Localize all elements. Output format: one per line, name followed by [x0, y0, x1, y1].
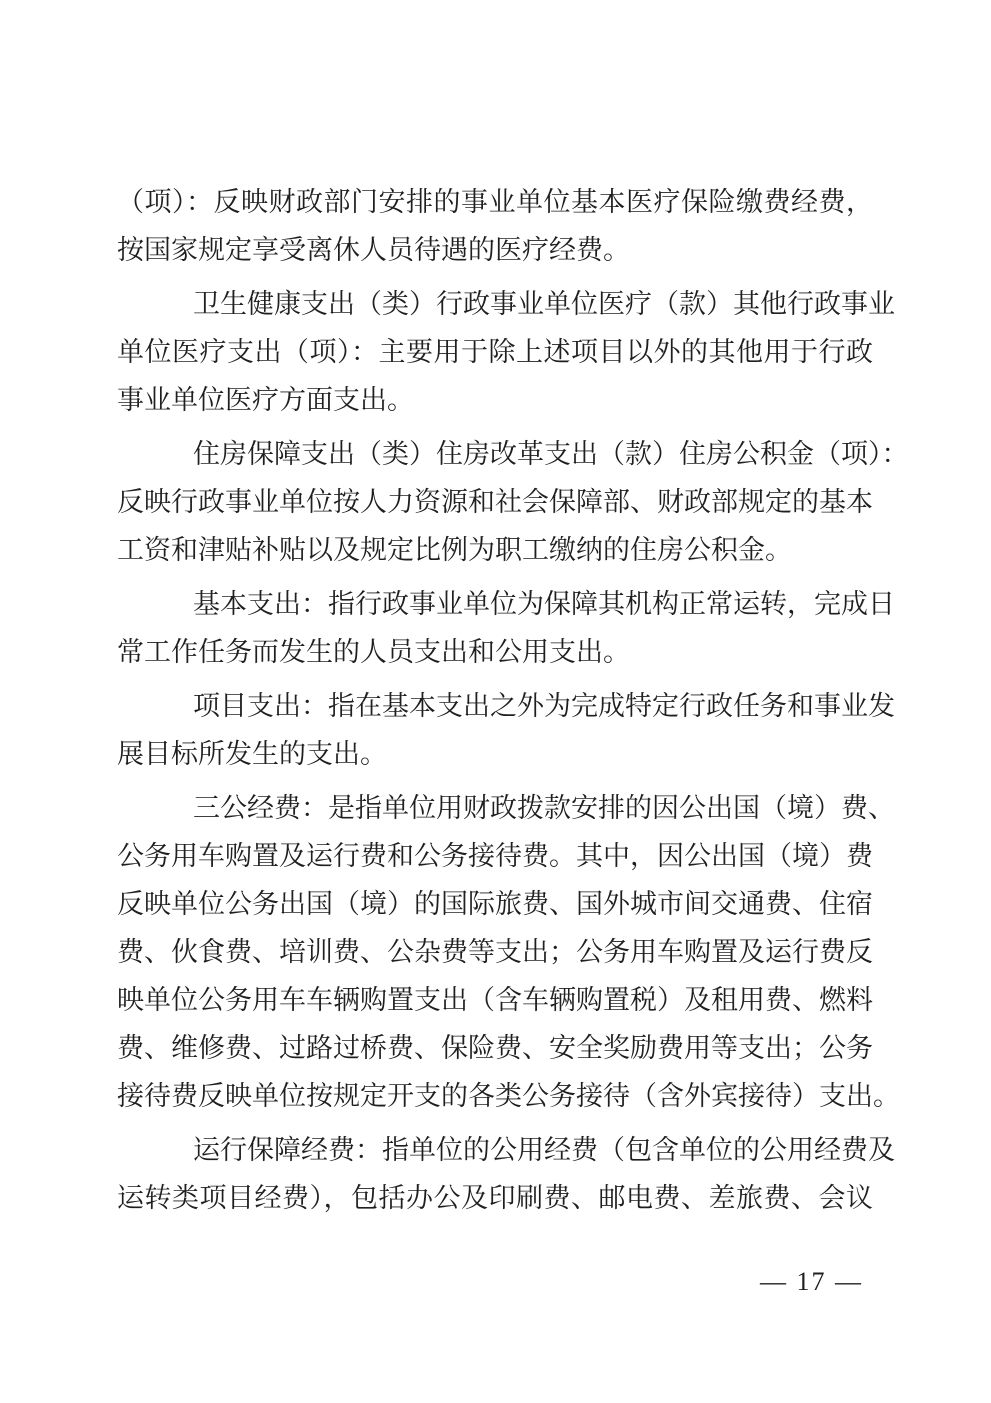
text-line: 事业单位医疗方面支出。: [117, 376, 873, 424]
text-line: 映单位公务用车车辆购置支出（含车辆购置税）及租用费、燃料: [117, 976, 873, 1024]
text-line: 接待费反映单位按规定开支的各类公务接待（含外宾接待）支出。: [117, 1072, 873, 1120]
text-line: 运行保障经费：指单位的公用经费（包含单位的公用经费及: [117, 1126, 873, 1174]
text-line: 公务用车购置及运行费和公务接待费。其中，因公出国（境）费: [117, 832, 873, 880]
text-line: 费、伙食费、培训费、公杂费等支出；公务用车购置及运行费反: [117, 928, 873, 976]
paragraph: 基本支出：指行政事业单位为保障其机构正常运转，完成日 常工作任务而发生的人员支出…: [117, 580, 873, 676]
paragraph: 卫生健康支出（类）行政事业单位医疗（款）其他行政事业 单位医疗支出（项）：主要用…: [117, 280, 873, 424]
text-line: 卫生健康支出（类）行政事业单位医疗（款）其他行政事业: [117, 280, 873, 328]
text-line: 基本支出：指行政事业单位为保障其机构正常运转，完成日: [117, 580, 873, 628]
paragraph: （项）：反映财政部门安排的事业单位基本医疗保险缴费经费， 按国家规定享受离休人员…: [117, 178, 873, 274]
text-block: （项）：反映财政部门安排的事业单位基本医疗保险缴费经费， 按国家规定享受离休人员…: [117, 178, 873, 1222]
document-page: （项）：反映财政部门安排的事业单位基本医疗保险缴费经费， 按国家规定享受离休人员…: [0, 0, 991, 1403]
text-line: 三公经费：是指单位用财政拨款安排的因公出国（境）费、: [117, 784, 873, 832]
text-line: （项）：反映财政部门安排的事业单位基本医疗保险缴费经费，: [117, 178, 873, 226]
text-line: 单位医疗支出（项）：主要用于除上述项目以外的其他用于行政: [117, 328, 873, 376]
text-line: 展目标所发生的支出。: [117, 730, 873, 778]
paragraph: 项目支出：指在基本支出之外为完成特定行政任务和事业发 展目标所发生的支出。: [117, 682, 873, 778]
text-line: 按国家规定享受离休人员待遇的医疗经费。: [117, 226, 873, 274]
paragraph: 住房保障支出（类）住房改革支出（款）住房公积金（项）： 反映行政事业单位按人力资…: [117, 430, 873, 574]
text-line: 运转类项目经费），包括办公及印刷费、邮电费、差旅费、会议: [117, 1174, 873, 1222]
page-number: — 17 —: [760, 1262, 863, 1302]
text-line: 项目支出：指在基本支出之外为完成特定行政任务和事业发: [117, 682, 873, 730]
text-line: 工资和津贴补贴以及规定比例为职工缴纳的住房公积金。: [117, 526, 873, 574]
paragraph: 运行保障经费：指单位的公用经费（包含单位的公用经费及 运转类项目经费），包括办公…: [117, 1126, 873, 1222]
text-line: 住房保障支出（类）住房改革支出（款）住房公积金（项）：: [117, 430, 873, 478]
text-line: 反映单位公务出国（境）的国际旅费、国外城市间交通费、住宿: [117, 880, 873, 928]
text-line: 费、维修费、过路过桥费、保险费、安全奖励费用等支出；公务: [117, 1024, 873, 1072]
text-line: 常工作任务而发生的人员支出和公用支出。: [117, 628, 873, 676]
paragraph: 三公经费：是指单位用财政拨款安排的因公出国（境）费、 公务用车购置及运行费和公务…: [117, 784, 873, 1120]
text-line: 反映行政事业单位按人力资源和社会保障部、财政部规定的基本: [117, 478, 873, 526]
